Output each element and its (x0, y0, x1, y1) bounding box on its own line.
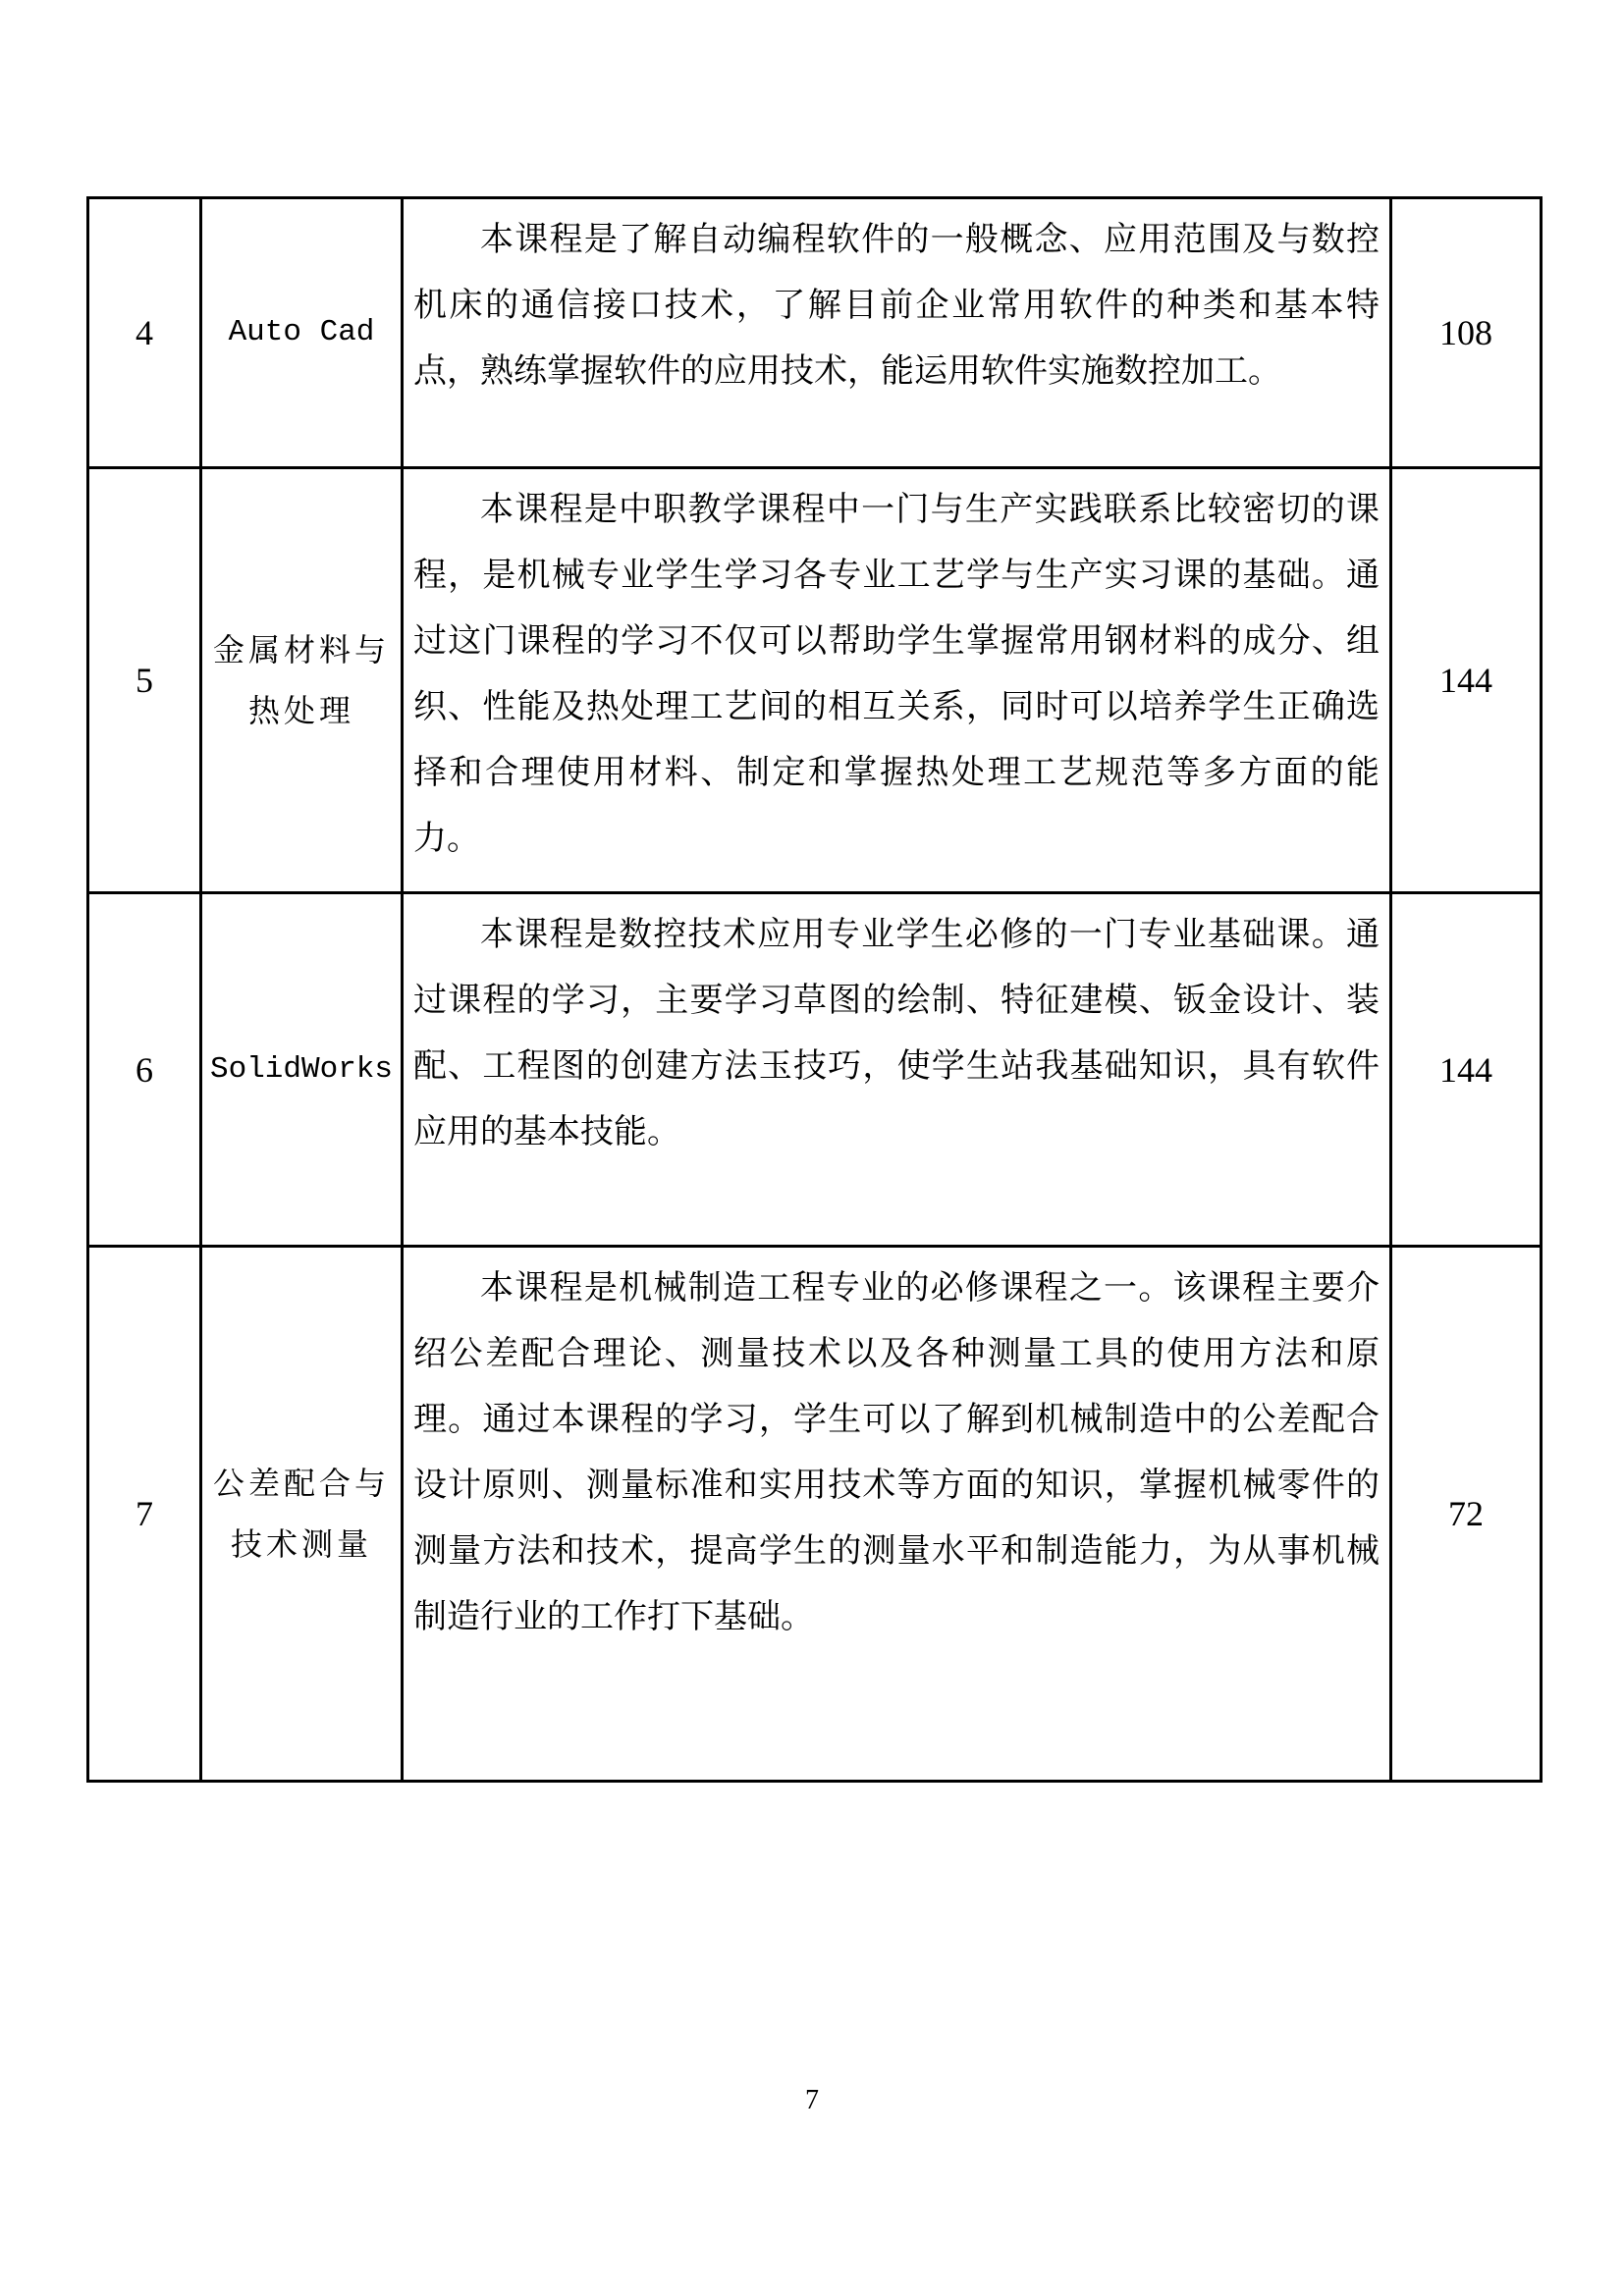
course-description: 本课程是数控技术应用专业学生必修的一门专业基础课。通过课程的学习，主要学习草图的… (413, 915, 1380, 1151)
course-description: 本课程是了解自动编程软件的一般概念、应用范围及与数控机床的通信接口技术，了解目前… (413, 220, 1380, 391)
table-row-course-4: 4 Auto Cad 本课程是了解自动编程软件的一般概念、应用范围及与数控机床的… (88, 198, 1542, 468)
course-number: 7 (135, 1494, 153, 1533)
course-name-line2: 热处理 (203, 680, 400, 741)
course-description-cell: 本课程是数控技术应用专业学生必修的一门专业基础课。通过课程的学习，主要学习草图的… (403, 893, 1391, 1247)
course-description-cell: 本课程是了解自动编程软件的一般概念、应用范围及与数控机床的通信接口技术，了解目前… (403, 198, 1391, 468)
table-row-course-5: 5 金属材料与 热处理 本课程是中职教学课程中一门与生产实践联系比较密切的课程，… (88, 468, 1542, 893)
course-name: Auto Cad (203, 302, 400, 363)
course-name-cell: SolidWorks (201, 893, 403, 1247)
course-number-cell: 6 (88, 893, 201, 1247)
course-hours-cell: 72 (1391, 1247, 1542, 1782)
course-number-cell: 4 (88, 198, 201, 468)
course-name-cell: 金属材料与 热处理 (201, 468, 403, 893)
course-hours: 144 (1439, 1050, 1492, 1090)
course-name-cell: Auto Cad (201, 198, 403, 468)
table-row-course-6: 6 SolidWorks 本课程是数控技术应用专业学生必修的一门专业基础课。通过… (88, 893, 1542, 1247)
course-description-cell: 本课程是中职教学课程中一门与生产实践联系比较密切的课程，是机械专业学生学习各专业… (403, 468, 1391, 893)
course-name: 金属材料与 (203, 619, 400, 680)
course-description: 本课程是机械制造工程专业的必修课程之一。该课程主要介绍公差配合理论、测量技术以及… (413, 1268, 1380, 1636)
course-hours: 144 (1439, 661, 1492, 700)
course-hours-cell: 144 (1391, 893, 1542, 1247)
document-page: 4 Auto Cad 本课程是了解自动编程软件的一般概念、应用范围及与数控机床的… (0, 0, 1624, 2296)
course-description: 本课程是中职教学课程中一门与生产实践联系比较密切的课程，是机械专业学生学习各专业… (413, 490, 1380, 858)
course-number: 5 (135, 661, 153, 700)
table-row-course-7: 7 公差配合与 技术测量 本课程是机械制造工程专业的必修课程之一。该课程主要介绍… (88, 1247, 1542, 1782)
course-hours: 108 (1439, 313, 1492, 352)
course-name: SolidWorks (203, 1040, 400, 1100)
course-hours-cell: 108 (1391, 198, 1542, 468)
course-hours: 72 (1448, 1494, 1484, 1533)
course-number: 4 (135, 313, 153, 352)
course-name-cell: 公差配合与 技术测量 (201, 1247, 403, 1782)
course-name-line2: 技术测量 (203, 1514, 400, 1575)
page-number: 7 (0, 2085, 1624, 2116)
course-number-cell: 7 (88, 1247, 201, 1782)
course-hours-cell: 144 (1391, 468, 1542, 893)
course-number: 6 (135, 1050, 153, 1090)
course-number-cell: 5 (88, 468, 201, 893)
course-description-cell: 本课程是机械制造工程专业的必修课程之一。该课程主要介绍公差配合理论、测量技术以及… (403, 1247, 1391, 1782)
course-table: 4 Auto Cad 本课程是了解自动编程软件的一般概念、应用范围及与数控机床的… (86, 196, 1543, 1783)
course-name: 公差配合与 (203, 1453, 400, 1514)
